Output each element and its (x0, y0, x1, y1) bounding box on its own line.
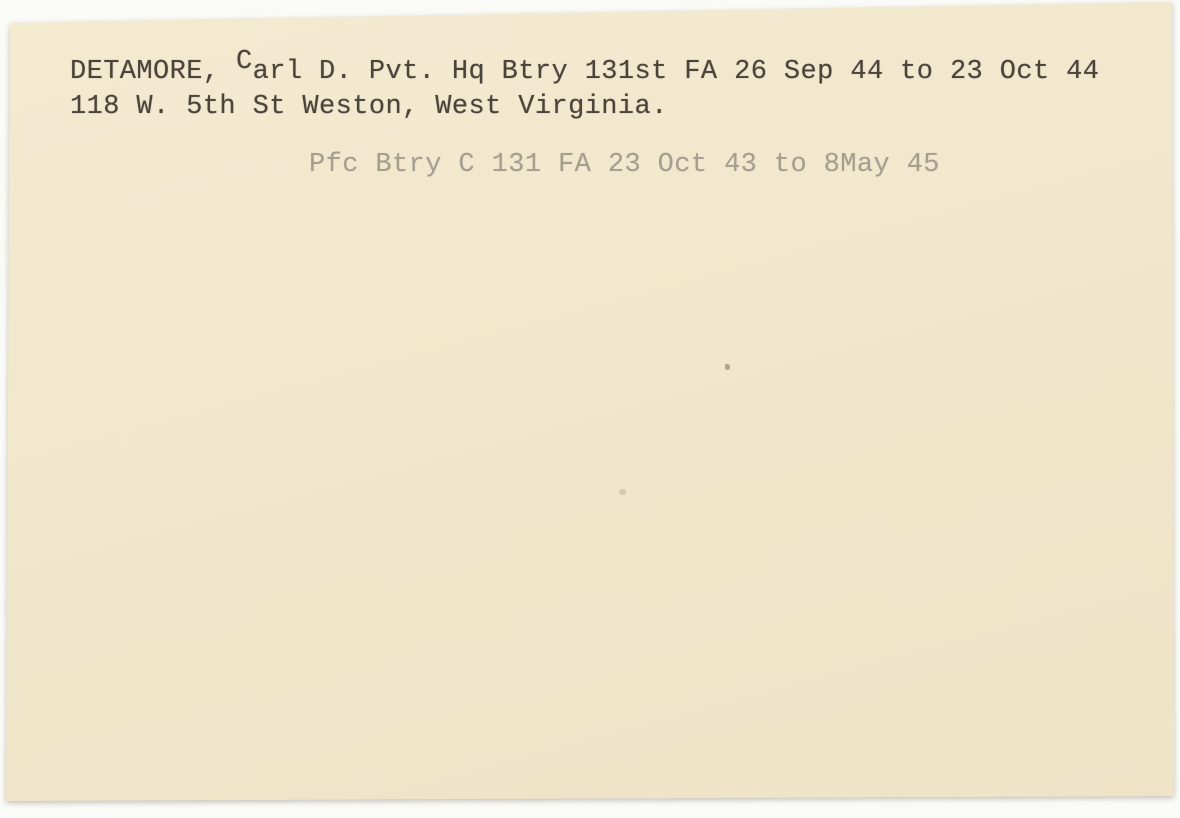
index-card-wrap: DETAMORE, Carl D. Pvt. Hq Btry 131st FA … (0, 0, 1180, 818)
index-card: DETAMORE, Carl D. Pvt. Hq Btry 131st FA … (0, 0, 1180, 818)
dust-speck (725, 364, 730, 370)
address-line: 118 W. 5th St Weston, West Virginia. (70, 91, 668, 123)
dust-speck (619, 489, 626, 495)
raised-letter: C (236, 47, 253, 77)
scan-background: DETAMORE, Carl D. Pvt. Hq Btry 131st FA … (0, 0, 1180, 818)
name-service-line: DETAMORE, Carl D. Pvt. Hq Btry 131st FA … (70, 56, 1099, 88)
name-prefix: DETAMORE, (70, 57, 236, 87)
name-service-rest: arl D. Pvt. Hq Btry 131st FA 26 Sep 44 t… (253, 57, 1100, 87)
service-note-line: Pfc Btry C 131 FA 23 Oct 43 to 8May 45 (309, 149, 940, 181)
